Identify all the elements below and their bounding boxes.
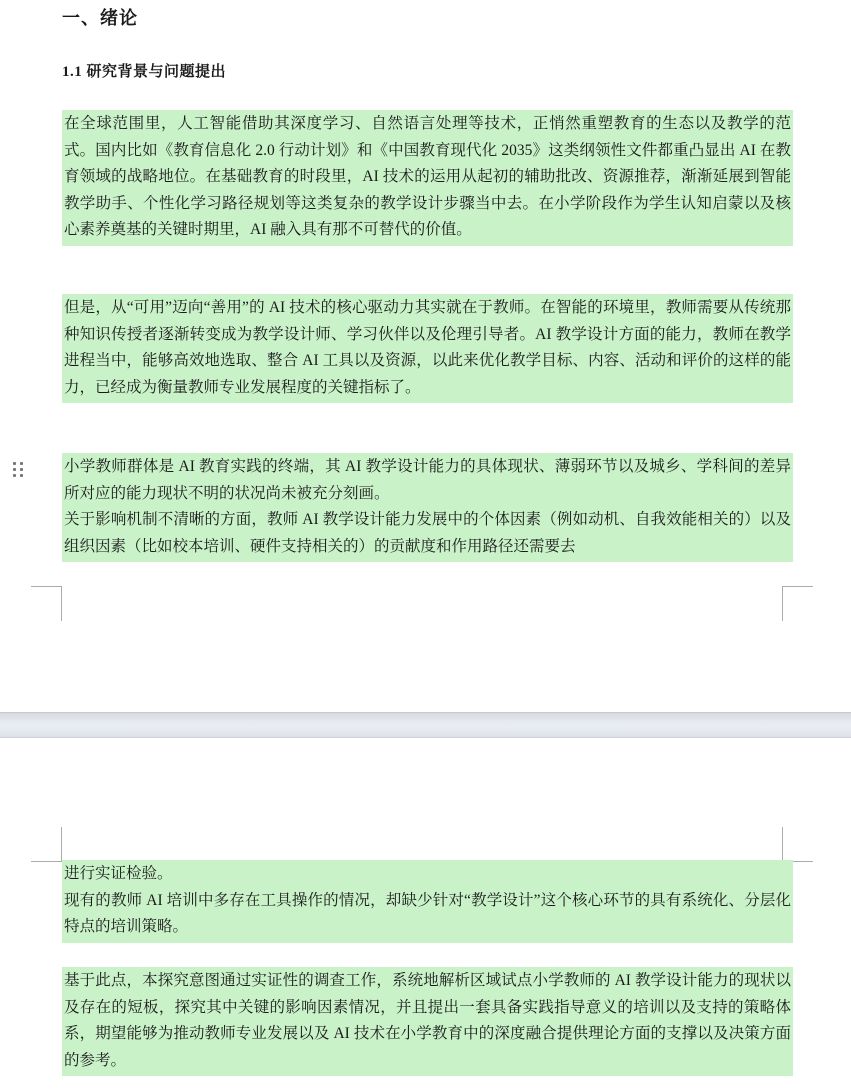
paragraph-drag-handle-icon[interactable] [13, 462, 25, 479]
page1-bottom-left-margin-mark [31, 586, 62, 621]
paragraph-problem-status-line2[interactable]: 关于影响机制不清晰的方面，教师 AI 教学设计能力发展中的个体因素（例如动机、自… [64, 507, 791, 560]
paragraph-teacher-role[interactable]: 但是，从“可用”迈向“善用”的 AI 技术的核心驱动力其实就在于教师。在智能的环… [62, 294, 793, 403]
page1-bottom-right-margin-mark [782, 586, 813, 621]
paragraph-research-purpose[interactable]: 基于此点，本探究意图通过实证性的调查工作，系统地解析区域试点小学教师的 AI 教… [62, 967, 793, 1076]
paragraph-problem-status[interactable]: 小学教师群体是 AI 教育实践的终端，其 AI 教学设计能力的具体现状、薄弱环节… [62, 453, 793, 562]
document-canvas: 一、绪论 1.1 研究背景与问题提出 在全球范围里，人工智能借助其深度学习、自然… [0, 0, 851, 1089]
paragraph-training-gap-line1[interactable]: 进行实证检验。 [64, 861, 791, 888]
chapter-heading[interactable]: 一、绪论 [62, 4, 138, 30]
paragraph-ai-background[interactable]: 在全球范围里，人工智能借助其深度学习、自然语言处理等技术，正悄然重塑教育的生态以… [62, 110, 793, 246]
section-heading[interactable]: 1.1 研究背景与问题提出 [62, 60, 226, 81]
page-break-separator [0, 712, 851, 738]
paragraph-problem-status-line1[interactable]: 小学教师群体是 AI 教育实践的终端，其 AI 教学设计能力的具体现状、薄弱环节… [64, 454, 791, 507]
page2-top-right-margin-mark [782, 827, 813, 862]
paragraph-training-gap-line2[interactable]: 现有的教师 AI 培训中多存在工具操作的情况，却缺少针对“教学设计”这个核心环节… [64, 888, 791, 941]
page2-top-left-margin-mark [31, 827, 62, 862]
paragraph-training-gap[interactable]: 进行实证检验。 现有的教师 AI 培训中多存在工具操作的情况，却缺少针对“教学设… [62, 860, 793, 943]
